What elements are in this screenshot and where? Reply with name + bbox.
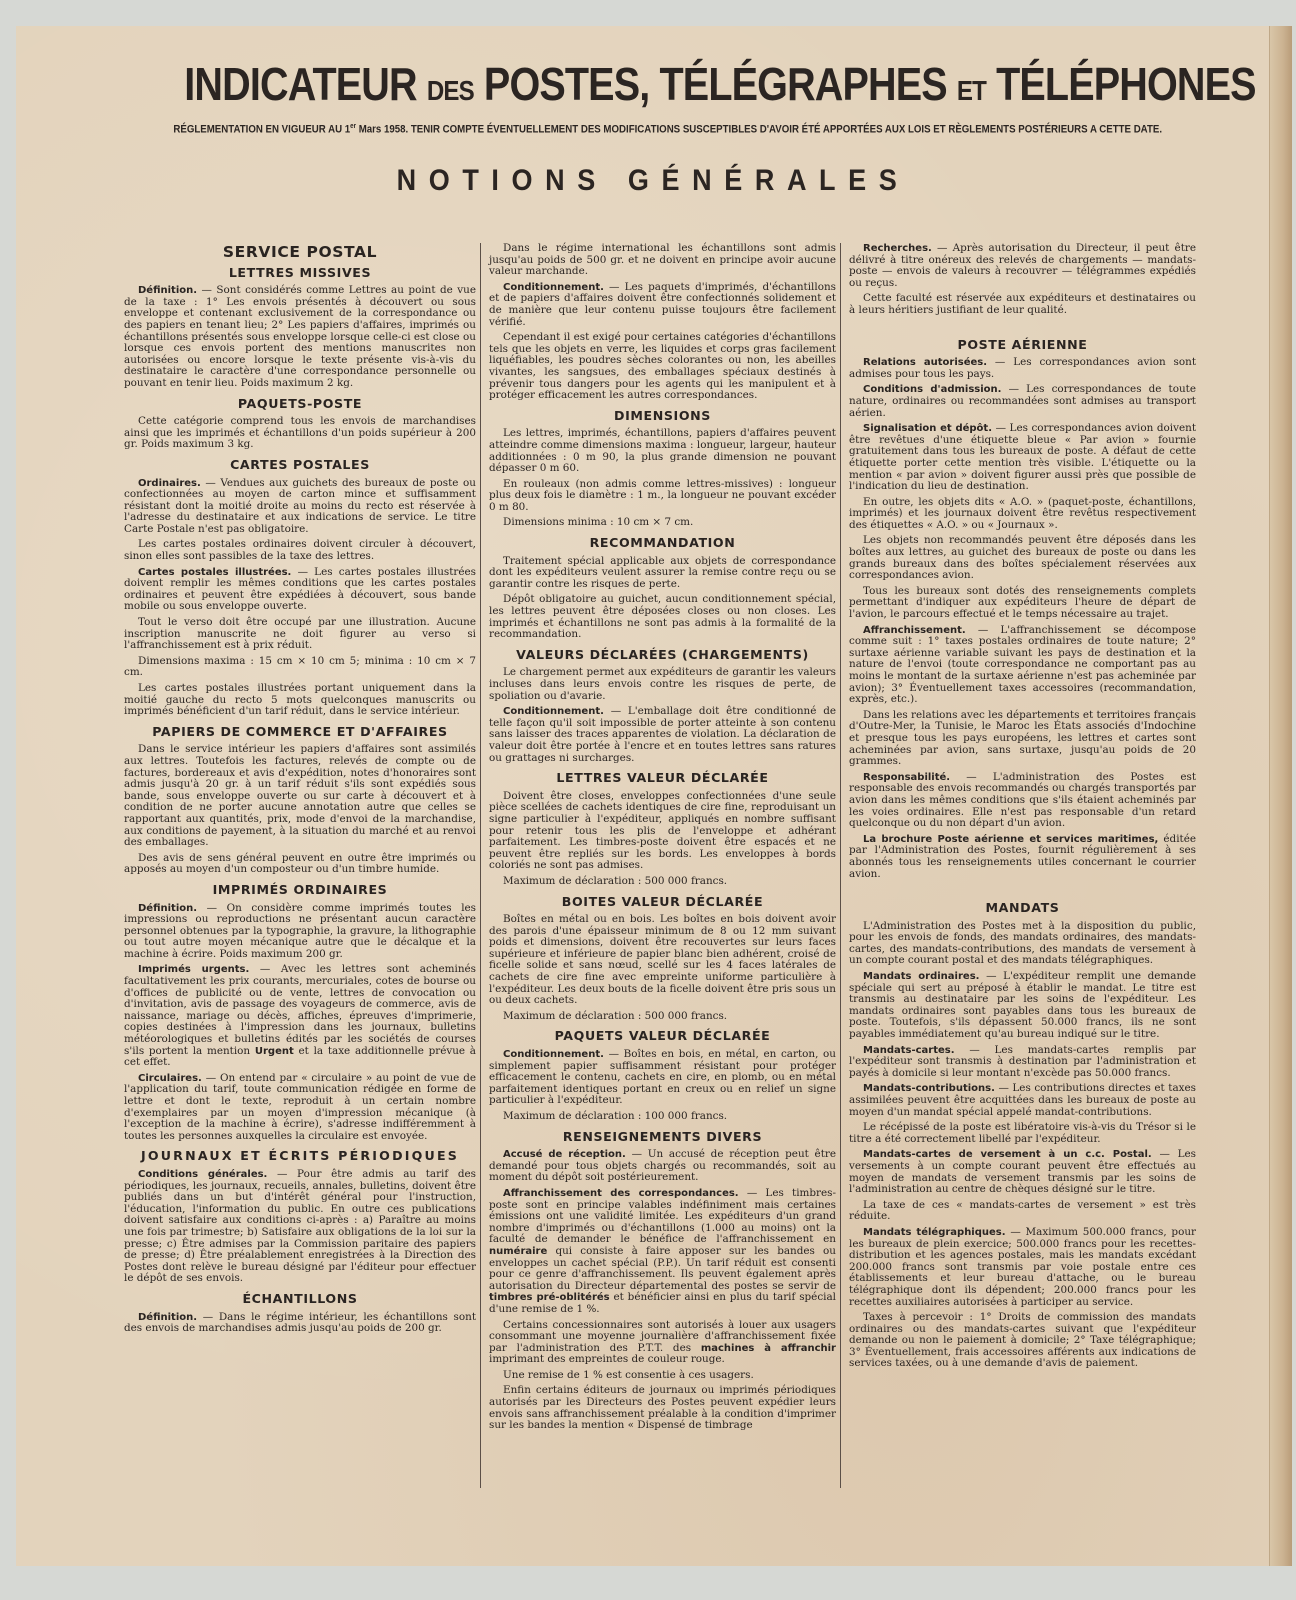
heading-imprimes-ordinaires: IMPRIMÉS ORDINAIRES (124, 884, 476, 896)
paragraph: Conditions générales. — Pour être admis … (124, 1169, 476, 1285)
run-in-label: Ordinaires. (138, 478, 201, 489)
paragraph: Cependant il est exigé pour certaines ca… (489, 332, 836, 402)
regulation-note: RÉGLEMENTATION EN VIGUEUR AU 1er Mars 19… (173, 123, 1132, 136)
paragraph: Les objets non recommandés peuvent être … (849, 535, 1196, 581)
section-title: NOTIONS GÉNÉRALES (163, 164, 1144, 198)
paragraph: Maximum de déclaration : 500 000 francs. (489, 876, 836, 888)
heading-recommandation: RECOMMANDATION (489, 537, 836, 549)
paragraph: Dans le régime international les échanti… (489, 243, 836, 278)
paragraph: Affranchissement des correspondances. — … (489, 1188, 836, 1316)
heading-cartes-postales: CARTES POSTALES (124, 459, 476, 471)
emphasis: numéraire (489, 1246, 547, 1257)
run-in-label: Circulaires. (138, 1073, 202, 1084)
run-in-label: Cartes postales illustrées. (138, 567, 291, 578)
paragraph: Relations autorisées. — Les correspondan… (849, 357, 1196, 380)
paragraph: Mandats télégraphiques. — Maximum 500.00… (849, 1227, 1196, 1308)
heading-valeurs-declarees: VALEURS DÉCLARÉES (CHARGEMENTS) (489, 649, 836, 661)
run-in-label: Mandats télégraphiques. (863, 1227, 1006, 1238)
title-word: ET (957, 75, 986, 106)
regulation-note-text: Mars 1958. TENIR COMPTE ÉVENTUELLEMENT D… (356, 124, 1162, 136)
paragraph: Maximum de déclaration : 100 000 francs. (489, 1111, 836, 1123)
article-columns: SERVICE POSTAL LETTRES MISSIVES Définiti… (120, 243, 1210, 1488)
title-word: POSTES, TÉLÉGRAPHES (484, 58, 947, 110)
run-in-label: Recherches. (863, 243, 932, 254)
paragraph: Imprimés urgents. — Avec les lettres son… (124, 964, 476, 1068)
page-binding-edge (1269, 26, 1292, 1566)
paragraph: En rouleaux (non admis comme lettres-mis… (489, 479, 836, 514)
emphasis: machines à affranchir (701, 1343, 836, 1354)
heading-boites-valeur: BOITES VALEUR DÉCLARÉE (489, 896, 836, 908)
paragraph-text: imprimant des empreintes de couleur roug… (489, 1353, 725, 1365)
heading-journaux: JOURNAUX ET ÉCRITS PÉRIODIQUES (124, 1150, 476, 1162)
heading-poste-aerienne: POSTE AÉRIENNE (849, 339, 1196, 351)
paragraph: Traitement spécial applicable aux objets… (489, 556, 836, 591)
run-in-label: Conditions générales. (138, 1169, 267, 1180)
paragraph: Signalisation et dépôt. — Les correspond… (849, 423, 1196, 493)
run-in-label: Responsabilité. (863, 772, 950, 783)
run-in-label: Définition. (138, 285, 197, 296)
heading-lettres-missives: LETTRES MISSIVES (124, 267, 476, 279)
masthead: INDICATEUR DES POSTES, TÉLÉGRAPHES ET TÉ… (108, 56, 1198, 198)
paragraph: Mandats-contributions. — Les contributio… (849, 1083, 1196, 1118)
run-in-label: Mandats-cartes de versement à un c.c. Po… (863, 1149, 1152, 1160)
paragraph: Des avis de sens général peuvent en outr… (124, 853, 476, 876)
paragraph: Une remise de 1 % est consentie à ces us… (489, 1370, 836, 1382)
heading-renseignements: RENSEIGNEMENTS DIVERS (489, 1131, 836, 1143)
paragraph: Maximum de déclaration : 500 000 francs. (489, 1011, 836, 1023)
paragraph: Dépôt obligatoire au guichet, aucun cond… (489, 594, 836, 640)
heading-paquets-poste: PAQUETS-POSTE (124, 398, 476, 410)
paragraph: Enfin certains éditeurs de journaux ou i… (489, 1385, 836, 1431)
paragraph: Cette faculté est réservée aux expéditeu… (849, 293, 1196, 316)
paragraph: Le récépissé de la poste est libératoire… (849, 1122, 1196, 1145)
paragraph: Définition. — On considère comme imprimé… (124, 903, 476, 961)
paragraph: Cette catégorie comprend tous les envois… (124, 416, 476, 451)
document-title: INDICATEUR DES POSTES, TÉLÉGRAPHES ET TÉ… (184, 56, 1121, 119)
paragraph: Affranchissement. — L'affranchissement s… (849, 625, 1196, 706)
run-in-label: Conditionnement. (503, 1049, 604, 1060)
heading-lettres-valeur: LETTRES VALEUR DÉCLARÉE (489, 772, 836, 784)
title-word: DES (427, 75, 474, 106)
paragraph: L'Administration des Postes met à la dis… (849, 921, 1196, 967)
run-in-label: Affranchissement des correspondances. (503, 1188, 739, 1199)
heading-echantillons: ÉCHANTILLONS (124, 1293, 476, 1305)
heading-paquets-valeur: PAQUETS VALEUR DÉCLARÉE (489, 1030, 836, 1042)
run-in-label: Conditionnement. (503, 282, 604, 293)
title-word: TÉLÉPHONES (996, 58, 1256, 110)
heading-mandats: MANDATS (849, 902, 1196, 914)
paragraph: Mandats ordinaires. — L'expéditeur rempl… (849, 971, 1196, 1041)
column-middle: Dans le régime international les échanti… (480, 243, 840, 1488)
run-in-label: Mandats ordinaires. (863, 971, 979, 982)
paragraph-text: — L'affranchissement se décompose comme … (849, 624, 1196, 706)
paragraph: Définition. — Dans le régime intérieur, … (124, 1312, 476, 1335)
run-in-label: Accusé de réception. (503, 1149, 626, 1160)
paragraph: Responsabilité. — L'administration des P… (849, 772, 1196, 830)
paragraph: Les cartes postales illustrées portant u… (124, 683, 476, 718)
paragraph: Définition. — Sont considérés comme Lett… (124, 285, 476, 389)
paragraph: Tous les bureaux sont dotés des renseign… (849, 586, 1196, 621)
paragraph: La taxe de ces « mandats-cartes de verse… (849, 1200, 1196, 1223)
paragraph: Conditionnement. — Les paquets d'imprimé… (489, 282, 836, 328)
paragraph: Ordinaires. — Vendues aux guichets des b… (124, 478, 476, 536)
paragraph: Conditionnement. — Boîtes en bois, en mé… (489, 1049, 836, 1107)
run-in-label: Mandats-contributions. (863, 1083, 995, 1094)
paragraph: Tout le verso doit être occupé par une i… (124, 617, 476, 652)
run-in-label: Mandats-cartes. (863, 1045, 955, 1056)
spacer (849, 321, 1196, 331)
paragraph: Doivent être closes, enveloppes confecti… (489, 791, 836, 872)
run-in-label: Affranchissement. (863, 625, 966, 636)
spacer (849, 884, 1196, 894)
paragraph: Cartes postales illustrées. — Les cartes… (124, 567, 476, 613)
paragraph: Recherches. — Après autorisation du Dire… (849, 243, 1196, 289)
paragraph: Mandats-cartes. — Les mandats-cartes rem… (849, 1045, 1196, 1080)
emphasis: Urgent (255, 1046, 294, 1057)
paragraph: En outre, les objets dits « A.O. » (paqu… (849, 497, 1196, 532)
column-left: SERVICE POSTAL LETTRES MISSIVES Définiti… (120, 243, 480, 1488)
heading-dimensions: DIMENSIONS (489, 410, 836, 422)
run-in-label: Définition. (138, 1312, 197, 1323)
paragraph-text: — Avec les lettres sont acheminés facult… (124, 963, 476, 1056)
heading-service-postal: SERVICE POSTAL (124, 247, 476, 259)
paragraph: Certains concessionnaires sont autorisés… (489, 1320, 836, 1366)
paragraph: Dimensions minima : 10 cm × 7 cm. (489, 517, 836, 529)
paragraph: Dimensions maxima : 15 cm × 10 cm 5; min… (124, 656, 476, 679)
regulation-note-text: RÉGLEMENTATION EN VIGUEUR AU 1 (173, 124, 350, 136)
run-in-label: Relations autorisées. (863, 357, 987, 368)
paragraph: Conditions d'admission. — Les correspond… (849, 384, 1196, 419)
run-in-label: Imprimés urgents. (138, 964, 249, 975)
paragraph: Dans le service intérieur les papiers d'… (124, 744, 476, 848)
paragraph-text: — Maximum 500.000 francs, pour les burea… (849, 1226, 1196, 1308)
column-right: Recherches. — Après autorisation du Dire… (840, 243, 1200, 1488)
run-in-label: Signalisation et dépôt. (863, 423, 992, 434)
paragraph: La brochure Poste aérienne et services m… (849, 834, 1196, 880)
paragraph: Conditionnement. — L'emballage doit être… (489, 706, 836, 764)
title-word: INDICATEUR (184, 58, 416, 110)
paragraph: Accusé de réception. — Un accusé de réce… (489, 1149, 836, 1184)
paragraph-text: — Pour être admis au tarif des périodiqu… (124, 1168, 476, 1284)
paragraph: Taxes à percevoir : 1° Droits de commiss… (849, 1312, 1196, 1370)
run-in-label: Conditions d'admission. (863, 384, 1001, 395)
emphasis: timbres pré-oblitérés (489, 1292, 610, 1303)
paragraph: Le chargement permet aux expéditeurs de … (489, 667, 836, 702)
paragraph: Circulaires. — On entend par « circulair… (124, 1073, 476, 1143)
run-in-label: Conditionnement. (503, 706, 604, 717)
run-in-label: La brochure Poste aérienne et services m… (863, 834, 1158, 845)
paragraph: Les cartes postales ordinaires doivent c… (124, 539, 476, 562)
paragraph-text: — Sont considérés comme Lettres au point… (124, 284, 476, 389)
paragraph: Mandats-cartes de versement à un c.c. Po… (849, 1149, 1196, 1195)
run-in-label: Définition. (138, 903, 197, 914)
paragraph: Dans les relations avec les départements… (849, 710, 1196, 768)
paragraph: Boîtes en métal ou en bois. Les boîtes e… (489, 914, 836, 1007)
heading-papiers-commerce: PAPIERS DE COMMERCE ET D'AFFAIRES (124, 726, 476, 738)
paragraph: Les lettres, imprimés, échantillons, pap… (489, 428, 836, 474)
